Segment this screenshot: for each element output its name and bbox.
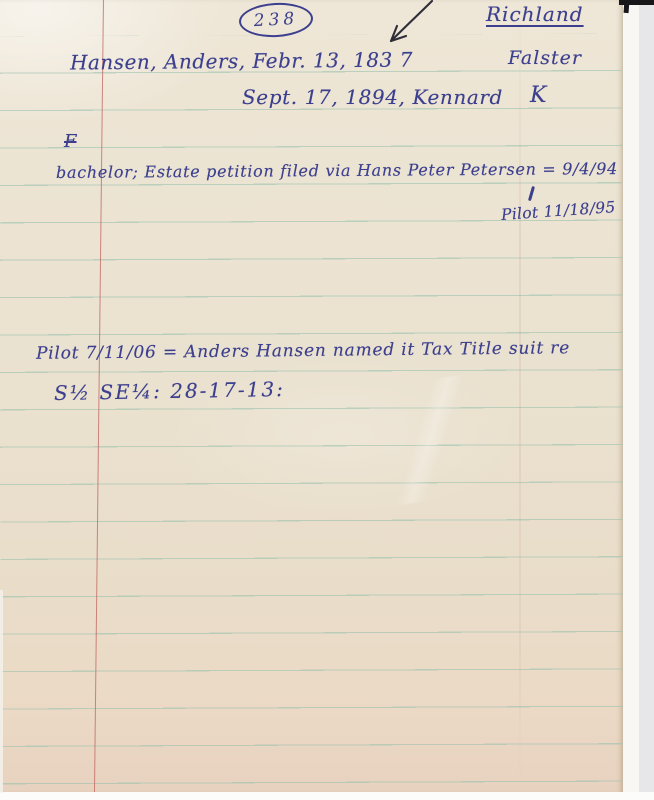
death-date-line: Sept. 17, 1894, Kennard [242, 85, 503, 109]
entry-name-line: Hansen, Anders, Febr. 13, 183 7 [70, 48, 413, 75]
page-number-circle: 238 [238, 1, 314, 39]
down-left-arrow-icon [378, 0, 436, 48]
scanned-ledger-page: 238 Richland Hansen, Anders, Febr. 13, 1… [0, 0, 654, 800]
struck-letter: F [64, 131, 77, 152]
death-flag-letter: K [530, 83, 546, 108]
estate-note-line: bachelor; Estate petition filed via Hans… [56, 159, 618, 182]
scan-edge-left-sliver [0, 590, 3, 793]
scan-artifact-black-nub [624, 0, 630, 13]
birthplace-label: Falster [508, 47, 582, 69]
legal-description-line: S½ SE¼: 28-17-13: [54, 377, 285, 405]
scan-edge-white-strip [623, 0, 639, 793]
page-number: 238 [253, 9, 298, 31]
scanner-background [639, 0, 654, 800]
scan-edge-bottom-strip [0, 792, 654, 800]
paper-sheet: 238 Richland Hansen, Anders, Febr. 13, 1… [0, 0, 623, 793]
township-label: Richland [486, 2, 584, 26]
